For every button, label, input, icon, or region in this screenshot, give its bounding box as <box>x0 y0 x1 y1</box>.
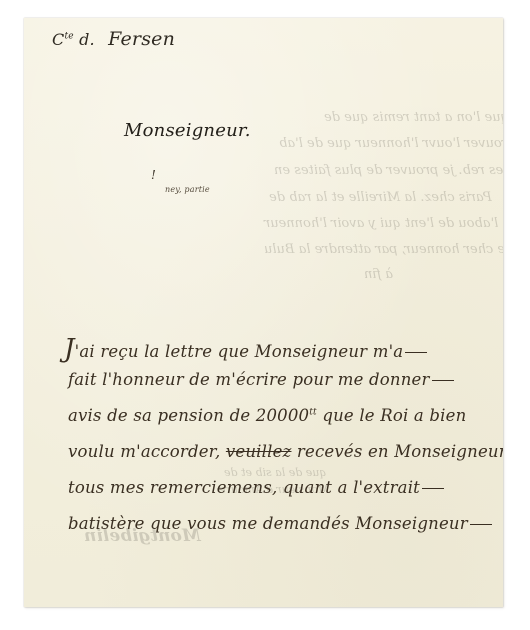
body-line-text: que le Roi a bien <box>317 406 467 425</box>
body-line-text: avis de sa pension de 20000 <box>68 406 309 425</box>
body-line-text: fait l'honneur de m'écrire pour me donne… <box>68 370 430 389</box>
salutation: Monseigneur. <box>124 120 251 141</box>
line-end-flourish <box>432 380 454 381</box>
line-end-flourish <box>470 524 492 525</box>
body-line-3: avis de sa pension de 20000tt que le Roi… <box>68 406 466 425</box>
body-line-6: batistère que vous me demandés Monseigne… <box>68 514 492 533</box>
body-line-5: tous mes remerciemens, quant a l'extrait <box>68 478 444 497</box>
body-line-text: 'ai reçu la lettre que Monseigneur m'a <box>75 342 404 361</box>
body-line-text: tous mes remerciemens, quant a l'extrait <box>68 478 420 497</box>
body-line-text: batistère que vous me demandés Monseigne… <box>68 514 468 533</box>
line-end-flourish <box>405 352 427 353</box>
struck-word: veuillez <box>226 442 292 461</box>
body-line-text: voulu m'accorder, <box>68 442 226 461</box>
header-note: Cte d. Fersen <box>52 28 175 50</box>
bleed-through-line: Il a fait que l'on a tant remis que de <box>324 110 503 125</box>
bleed-through-line: Paris chez. la Mireille et la rab de <box>269 190 492 205</box>
bleed-through-line: ces reb. je prouver de plus faites en <box>274 163 503 178</box>
small-annotation: ney, partie <box>165 185 210 194</box>
header-name: Fersen <box>108 28 175 50</box>
header-particle: d. <box>79 30 95 49</box>
scan-background: Il a fait que l'on a tant remis que de p… <box>0 0 530 630</box>
bleed-through-line: prouver l'ouvr l'honneur que de l'ab <box>279 136 503 151</box>
body-line-2: fait l'honneur de m'écrire pour me donne… <box>68 370 454 389</box>
bleed-through-line: de cher honneur, par attendre la Bulu <box>264 242 503 257</box>
drop-initial: J <box>64 334 75 364</box>
livres-abbrev: tt <box>309 408 317 418</box>
header-prefix-sup: te <box>64 32 73 42</box>
body-line-1: J'ai reçu la lettre que Monseigneur m'a <box>64 334 427 364</box>
body-line-4: voulu m'accorder, veuillez recevés en Mo… <box>68 442 503 461</box>
tick-mark: ! <box>151 168 156 182</box>
bleed-through-line: l'abou de l'ent qui y avoir l'honneur <box>264 216 498 231</box>
body-line-text: recevés en Monseigneur <box>291 442 503 461</box>
bleed-through-line: à fin <box>364 267 393 282</box>
header-prefix: C <box>52 30 64 49</box>
line-end-flourish <box>422 488 444 489</box>
letter-page: Il a fait que l'on a tant remis que de p… <box>24 18 503 607</box>
